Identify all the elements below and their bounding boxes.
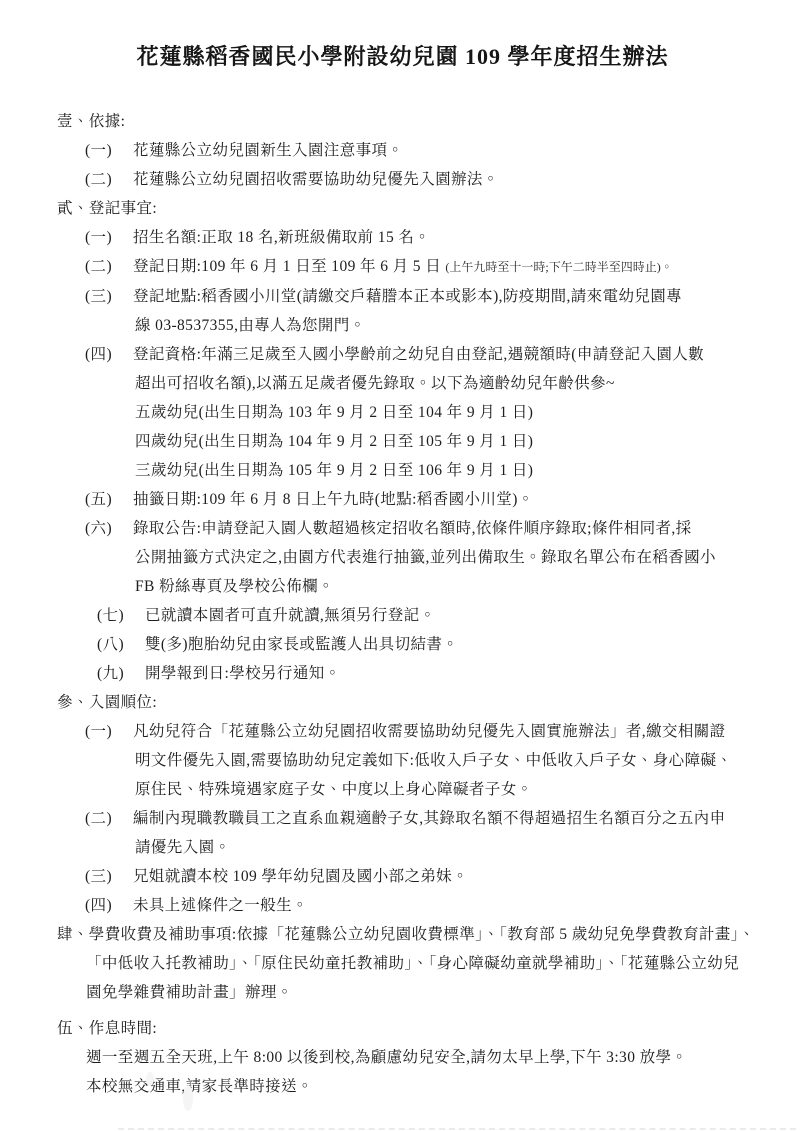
list-item: (三) 登記地點:稻香國小川堂(請繳交戶藉謄本正本或影本),防疫期間,請來電幼兒… bbox=[57, 282, 748, 311]
list-item: (七) 已就讀本園者可直升就讀,無須另行登記。 bbox=[57, 601, 748, 630]
list-item: (一) 花蓮縣公立幼兒園新生入園注意事項。 bbox=[57, 136, 748, 165]
scan-edge-artifact bbox=[118, 1128, 796, 1130]
list-item: (二) 登記日期:109 年 6 月 1 日至 109 年 6 月 5 日 (上… bbox=[57, 252, 748, 282]
time-note: (上午九時至十一時;下午二時半至四時止)。 bbox=[445, 260, 672, 274]
item-marker: (九) bbox=[97, 659, 145, 688]
item-marker: (二) bbox=[85, 165, 133, 194]
continuation-line: 本校無交通車,請家長準時接送。 bbox=[57, 1072, 748, 1101]
list-item: (三) 兄姐就讀本校 109 學年幼兒園及國小部之弟妹。 bbox=[57, 862, 748, 891]
list-item: (一) 凡幼兒符合「花蓮縣公立幼兒園招收需要協助幼兒優先入園實施辦法」者,繳交相… bbox=[57, 717, 748, 746]
item-marker: (一) bbox=[85, 717, 133, 746]
list-item: (五) 抽籤日期:109 年 6 月 8 日上午九時(地點:稻香國小川堂)。 bbox=[57, 485, 748, 514]
item-marker: (七) bbox=[97, 601, 145, 630]
section-heading-runin: 肆、學費收費及補助事項:依據「花蓮縣公立幼兒園收費標準」、「教育部 5 歲幼兒免… bbox=[57, 920, 748, 949]
list-item: (四) 未具上述條件之一般生。 bbox=[57, 891, 748, 920]
item-text: 編制內現職教職員工之直系血親適齡子女,其錄取名額不得超過招生名額百分之五內申 bbox=[133, 804, 748, 833]
item-text: 登記日期:109 年 6 月 1 日至 109 年 6 月 5 日 (上午九時至… bbox=[133, 252, 748, 282]
scan-speck-artifact bbox=[146, 1072, 154, 1086]
list-item: (六) 錄取公告:申請登記入園人數超過核定招收名額時,依條件順序錄取;條件相同者… bbox=[57, 514, 748, 543]
item-marker: (四) bbox=[85, 891, 133, 920]
list-item: (八) 雙(多)胞胎幼兒由家長或監護人出具切結書。 bbox=[57, 630, 748, 659]
age-line: 四歲幼兒(出生日期為 104 年 9 月 2 日至 105 年 9 月 1 日) bbox=[57, 427, 748, 456]
item-marker: (三) bbox=[85, 862, 133, 891]
item-marker: (六) bbox=[85, 514, 133, 543]
item-text: 凡幼兒符合「花蓮縣公立幼兒園招收需要協助幼兒優先入園實施辦法」者,繳交相關證 bbox=[133, 717, 748, 746]
list-item: (九) 開學報到日:學校另行通知。 bbox=[57, 659, 748, 688]
section-registration: 貳、登記事宜: (一) 招生名額:正取 18 名,新班級備取前 15 名。 (二… bbox=[57, 194, 748, 688]
item-text: 未具上述條件之一般生。 bbox=[133, 891, 748, 920]
item-text: 已就讀本園者可直升就讀,無須另行登記。 bbox=[145, 601, 748, 630]
continuation-line: 園免學雜費補助計畫」辦理。 bbox=[57, 978, 748, 1007]
section-runin-text: 依據「花蓮縣公立幼兒園收費標準」、「教育部 5 歲幼兒免學費教育計畫」、 bbox=[237, 926, 755, 943]
document-page: 花蓮縣稻香國民小學附設幼兒園 109 學年度招生辦法 壹、依據: (一) 花蓮縣… bbox=[0, 0, 800, 1131]
section-heading: 貳、登記事宜: bbox=[57, 194, 748, 223]
section-heading: 肆、學費收費及補助事項: bbox=[57, 926, 237, 943]
page-title: 花蓮縣稻香國民小學附設幼兒園 109 學年度招生辦法 bbox=[57, 40, 748, 71]
section-heading: 伍、作息時間: bbox=[57, 1014, 748, 1043]
item-marker: (八) bbox=[97, 630, 145, 659]
document-content: 花蓮縣稻香國民小學附設幼兒園 109 學年度招生辦法 壹、依據: (一) 花蓮縣… bbox=[0, 0, 800, 1101]
continuation-line: 明文件優先入園,需要協助幼兒定義如下:低收入戶子女、中低收入戶子女、身心障礙、 bbox=[57, 746, 748, 775]
section-heading: 壹、依據: bbox=[57, 107, 748, 136]
section-fees: 肆、學費收費及補助事項:依據「花蓮縣公立幼兒園收費標準」、「教育部 5 歲幼兒免… bbox=[57, 920, 748, 1007]
continuation-line: 線 03-8537355,由專人為您開門。 bbox=[57, 311, 748, 340]
item-text: 錄取公告:申請登記入園人數超過核定招收名額時,依條件順序錄取;條件相同者,採 bbox=[133, 514, 748, 543]
continuation-line: 請優先入園。 bbox=[57, 833, 748, 862]
age-line: 三歲幼兒(出生日期為 105 年 9 月 2 日至 106 年 9 月 1 日) bbox=[57, 456, 748, 485]
item-text: 登記地點:稻香國小川堂(請繳交戶藉謄本正本或影本),防疫期間,請來電幼兒園專 bbox=[133, 282, 748, 311]
list-item: (四) 登記資格:年滿三足歲至入國小學齡前之幼兒自由登記,遇競額時(申請登記入園… bbox=[57, 340, 748, 369]
section-schedule: 伍、作息時間: 週一至週五全天班,上午 8:00 以後到校,為顧慮幼兒安全,請勿… bbox=[57, 1014, 748, 1101]
list-item: (一) 招生名額:正取 18 名,新班級備取前 15 名。 bbox=[57, 223, 748, 252]
item-marker: (二) bbox=[85, 252, 133, 282]
scan-speck-artifact bbox=[183, 1085, 193, 1111]
continuation-line: 超出可招收名額),以滿五足歲者優先錄取。以下為適齡幼兒年齡供參~ bbox=[57, 369, 748, 398]
section-heading: 參、入園順位: bbox=[57, 688, 748, 717]
item-text: 抽籤日期:109 年 6 月 8 日上午九時(地點:稻香國小川堂)。 bbox=[133, 485, 748, 514]
item-text: 登記資格:年滿三足歲至入國小學齡前之幼兒自由登記,遇競額時(申請登記入園人數 bbox=[133, 340, 748, 369]
item-marker: (二) bbox=[85, 804, 133, 833]
age-line: 五歲幼兒(出生日期為 103 年 9 月 2 日至 104 年 9 月 1 日) bbox=[57, 398, 748, 427]
section-priority: 參、入園順位: (一) 凡幼兒符合「花蓮縣公立幼兒園招收需要協助幼兒優先入園實施… bbox=[57, 688, 748, 920]
item-marker: (一) bbox=[85, 223, 133, 252]
item-text: 兄姐就讀本校 109 學年幼兒園及國小部之弟妹。 bbox=[133, 862, 748, 891]
continuation-line: FB 粉絲專頁及學校公佈欄。 bbox=[57, 572, 748, 601]
continuation-line: 週一至週五全天班,上午 8:00 以後到校,為顧慮幼兒安全,請勿太早上學,下午 … bbox=[57, 1043, 748, 1072]
item-text: 雙(多)胞胎幼兒由家長或監護人出具切結書。 bbox=[145, 630, 748, 659]
list-item: (二) 花蓮縣公立幼兒園招收需要協助幼兒優先入園辦法。 bbox=[57, 165, 748, 194]
item-text: 花蓮縣公立幼兒園新生入園注意事項。 bbox=[133, 136, 748, 165]
item-marker: (一) bbox=[85, 136, 133, 165]
section-basis: 壹、依據: (一) 花蓮縣公立幼兒園新生入園注意事項。 (二) 花蓮縣公立幼兒園… bbox=[57, 107, 748, 194]
item-text: 花蓮縣公立幼兒園招收需要協助幼兒優先入園辦法。 bbox=[133, 165, 748, 194]
item-main-text: 登記日期:109 年 6 月 1 日至 109 年 6 月 5 日 bbox=[133, 258, 441, 275]
item-marker: (三) bbox=[85, 282, 133, 311]
item-text: 開學報到日:學校另行通知。 bbox=[145, 659, 748, 688]
item-text: 招生名額:正取 18 名,新班級備取前 15 名。 bbox=[133, 223, 748, 252]
list-item: (二) 編制內現職教職員工之直系血親適齡子女,其錄取名額不得超過招生名額百分之五… bbox=[57, 804, 748, 833]
continuation-line: 「中低收入托教補助」、「原住民幼童托教補助」、「身心障礙幼童就學補助」、「花蓮縣… bbox=[57, 949, 748, 978]
item-marker: (四) bbox=[85, 340, 133, 369]
item-marker: (五) bbox=[85, 485, 133, 514]
continuation-line: 公開抽籤方式決定之,由園方代表進行抽籤,並列出備取生。錄取名單公布在稻香國小 bbox=[57, 543, 748, 572]
continuation-line: 原住民、特殊境遇家庭子女、中度以上身心障礙者子女。 bbox=[57, 775, 748, 804]
